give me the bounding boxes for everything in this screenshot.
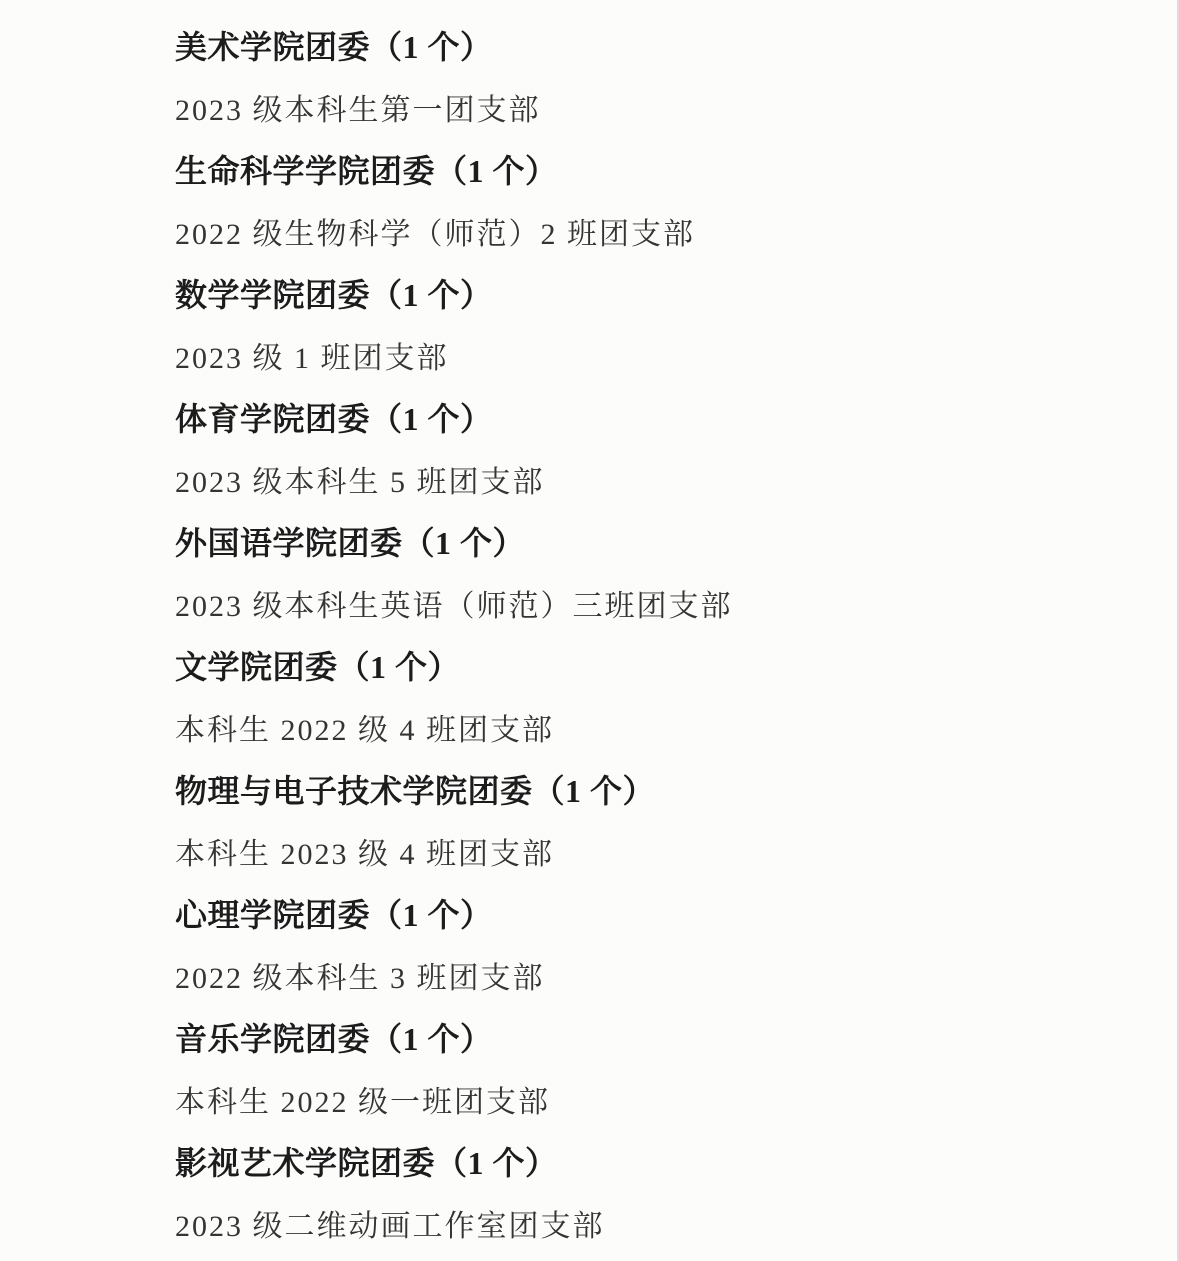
section-branch: 2023 级本科生 5 班团支部: [175, 448, 1147, 510]
section-branch: 2023 级本科生英语（师范）三班团支部: [175, 572, 1147, 634]
committee-title: 体育学院团委（1 个）: [175, 394, 493, 440]
committee-title: 影视艺术学院团委（1 个）: [175, 1138, 558, 1184]
branch-name: 2022 级生物科学（师范）2 班团支部: [175, 209, 695, 253]
committee-title: 数学学院团委（1 个）: [175, 270, 493, 316]
committee-title: 外国语学院团委（1 个）: [175, 518, 525, 564]
section-heading: 影视艺术学院团委（1 个）: [175, 1130, 1147, 1192]
section-branch: 2022 级生物科学（师范）2 班团支部: [175, 200, 1147, 262]
committee-title: 物理与电子技术学院团委（1 个）: [175, 766, 655, 812]
section-heading: 心理学院团委（1 个）: [175, 882, 1147, 944]
committee-title: 生命科学学院团委（1 个）: [175, 146, 558, 192]
branch-name: 2023 级本科生 5 班团支部: [175, 457, 545, 501]
section-heading: 生命科学学院团委（1 个）: [175, 138, 1147, 200]
section-branch: 2022 级本科生 3 班团支部: [175, 944, 1147, 1006]
section-branch: 本科生 2023 级 4 班团支部: [175, 820, 1147, 882]
section-heading: 体育学院团委（1 个）: [175, 386, 1147, 448]
branch-name: 2022 级本科生 3 班团支部: [175, 953, 545, 997]
section-heading: 文学院团委（1 个）: [175, 634, 1147, 696]
branch-name: 2023 级本科生英语（师范）三班团支部: [175, 581, 733, 625]
section-heading: 外国语学院团委（1 个）: [175, 510, 1147, 572]
section-heading: 物理与电子技术学院团委（1 个）: [175, 758, 1147, 820]
section-branch: 本科生 2022 级一班团支部: [175, 1068, 1147, 1130]
section-branch: 2023 级二维动画工作室团支部: [175, 1192, 1147, 1254]
committee-title: 文学院团委（1 个）: [175, 642, 460, 688]
branch-name: 2023 级 1 班团支部: [175, 333, 449, 377]
section-branch: 2023 级本科生第一团支部: [175, 76, 1147, 138]
section-heading: 数学学院团委（1 个）: [175, 262, 1147, 324]
committee-title: 美术学院团委（1 个）: [175, 22, 493, 68]
branch-name: 2023 级二维动画工作室团支部: [175, 1201, 605, 1245]
branch-name: 本科生 2022 级 4 班团支部: [175, 705, 554, 749]
section-branch: 本科生 2022 级 4 班团支部: [175, 696, 1147, 758]
committee-title: 心理学院团委（1 个）: [175, 890, 493, 936]
document-page: 美术学院团委（1 个） 2023 级本科生第一团支部 生命科学学院团委（1 个）…: [0, 0, 1179, 1261]
branch-name: 本科生 2022 级一班团支部: [175, 1077, 550, 1121]
section-branch: 2023 级 1 班团支部: [175, 324, 1147, 386]
section-heading: 音乐学院团委（1 个）: [175, 1006, 1147, 1068]
section-heading: 美术学院团委（1 个）: [175, 14, 1147, 76]
committee-title: 音乐学院团委（1 个）: [175, 1014, 493, 1060]
branch-name: 本科生 2023 级 4 班团支部: [175, 829, 554, 873]
branch-name: 2023 级本科生第一团支部: [175, 85, 541, 129]
